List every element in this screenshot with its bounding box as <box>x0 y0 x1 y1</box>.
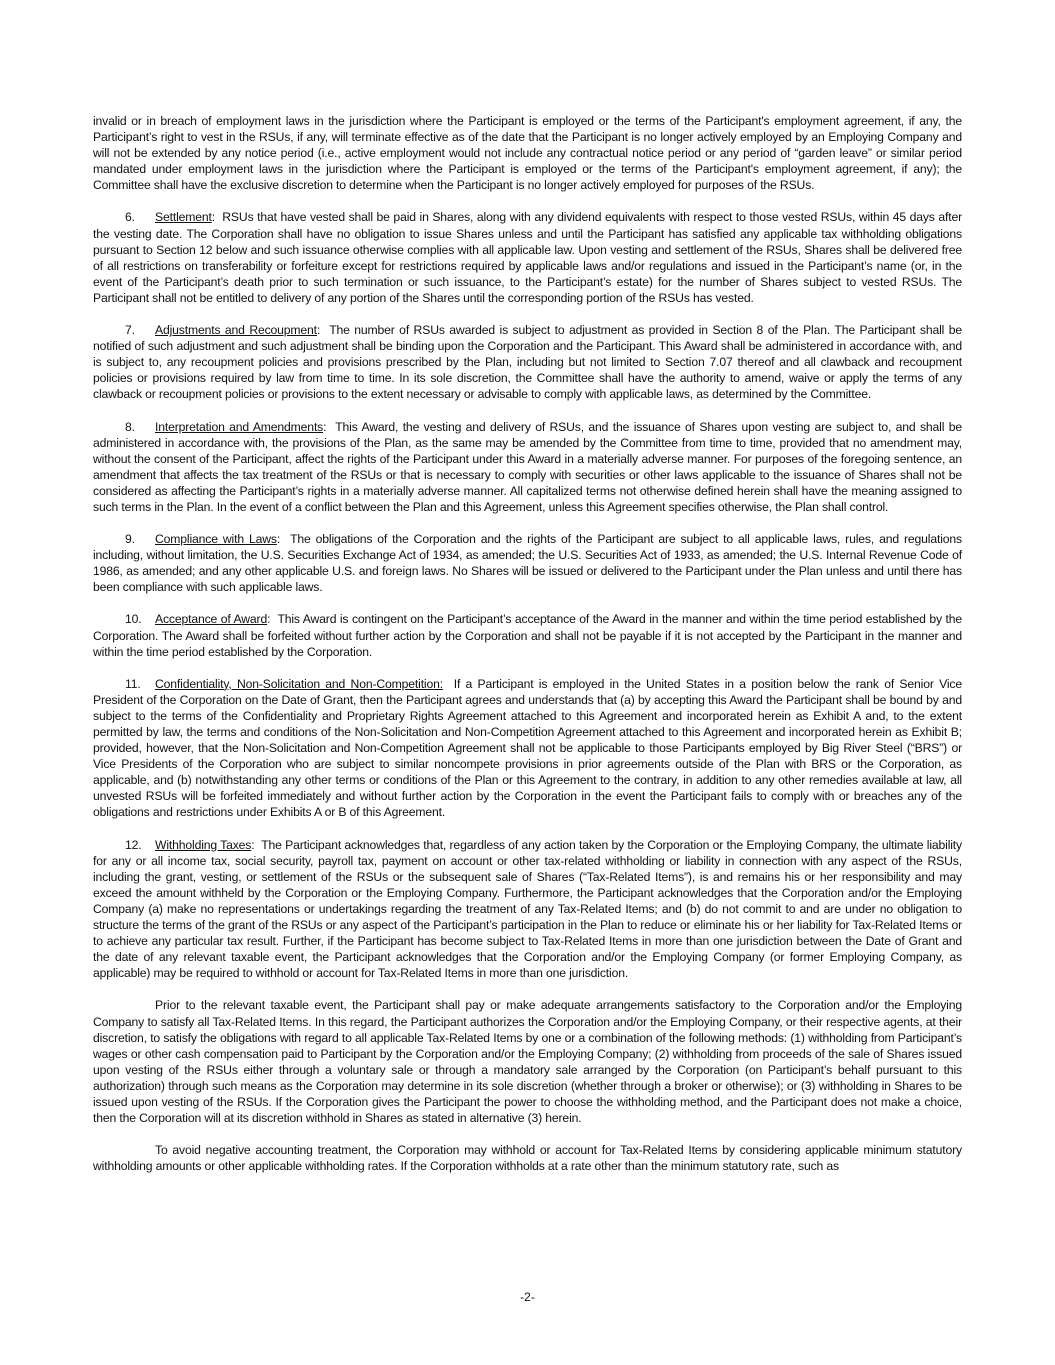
section-heading: Adjustments and Recoupment <box>155 323 317 337</box>
page-number: -2- <box>0 1290 1055 1304</box>
section-body: The Participant acknowledges that, regar… <box>93 838 962 981</box>
document-page: invalid or in breach of employment laws … <box>93 113 962 1190</box>
section-number: 11. <box>125 676 155 692</box>
section-body: RSUs that have vested shall be paid in S… <box>93 210 962 304</box>
section-7: 7.Adjustments and Recoupment: The number… <box>93 322 962 402</box>
section-body: If a Participant is employed in the Unit… <box>93 677 962 820</box>
withholding-methods-paragraph: Prior to the relevant taxable event, the… <box>93 997 962 1126</box>
section-heading: Interpretation and Amendments <box>155 420 323 434</box>
section-heading: Withholding Taxes <box>155 838 251 852</box>
section-8: 8.Interpretation and Amendments: This Aw… <box>93 419 962 516</box>
section-number: 8. <box>125 419 155 435</box>
section-heading: Confidentiality, Non-Solicitation and No… <box>155 677 443 691</box>
continuation-paragraph: invalid or in breach of employment laws … <box>93 113 962 193</box>
section-heading: Settlement <box>155 210 212 224</box>
section-heading: Compliance with Laws <box>155 532 277 546</box>
section-number: 9. <box>125 531 155 547</box>
section-9: 9.Compliance with Laws: The obligations … <box>93 531 962 595</box>
accounting-treatment-paragraph: To avoid negative accounting treatment, … <box>93 1142 962 1174</box>
section-heading: Acceptance of Award <box>155 612 267 626</box>
section-number: 6. <box>125 209 155 225</box>
section-6: 6.Settlement: RSUs that have vested shal… <box>93 209 962 306</box>
section-number: 10. <box>125 611 155 627</box>
section-11: 11.Confidentiality, Non-Solicitation and… <box>93 676 962 821</box>
section-10: 10.Acceptance of Award: This Award is co… <box>93 611 962 659</box>
section-12: 12.Withholding Taxes: The Participant ac… <box>93 837 962 982</box>
section-number: 7. <box>125 322 155 338</box>
section-number: 12. <box>125 837 155 853</box>
